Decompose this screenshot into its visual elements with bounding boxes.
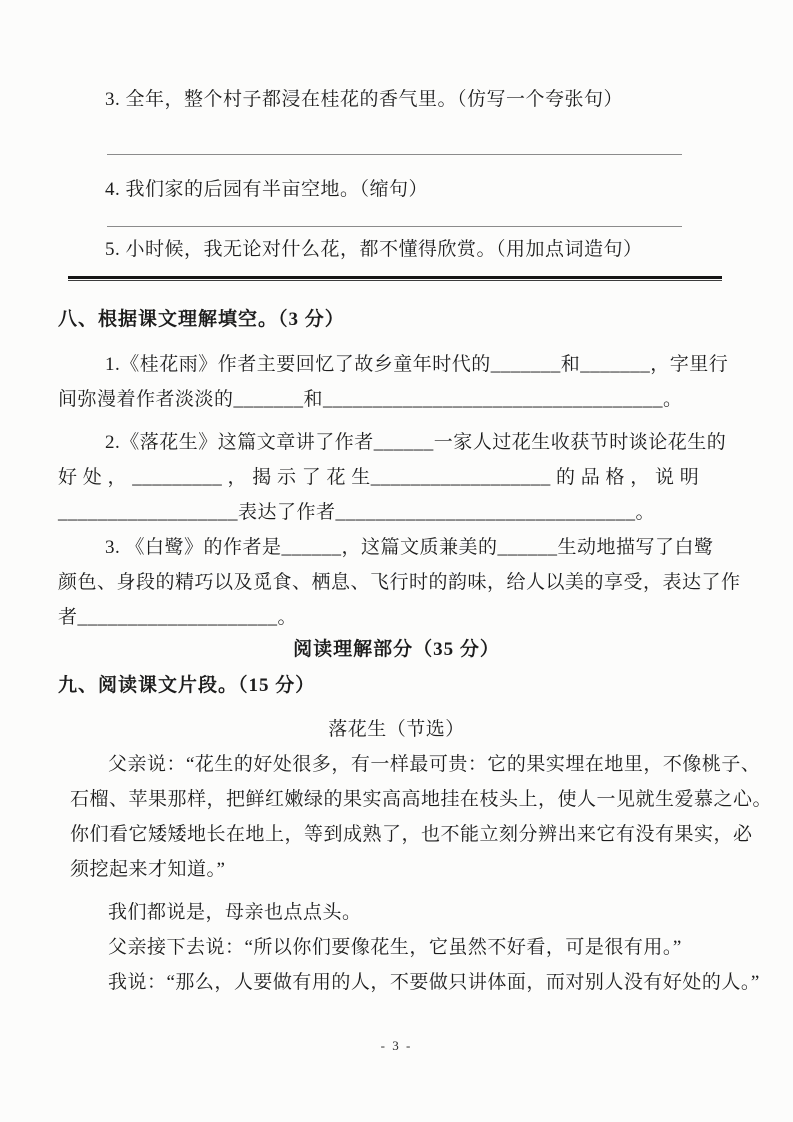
section-9-heading: 九、阅读课文片段。（15 分） xyxy=(58,674,737,698)
section-divider-rule xyxy=(68,276,722,281)
section-8-q2-line-1: 2.《落花生》这篇文章讲了作者______一家人过花生收获节时谈论花生的 xyxy=(105,431,737,455)
answer-blank-line xyxy=(107,154,682,155)
exercise-item-3: 3. 全年，整个村子都浸在桂花的香气里。（仿写一个夸张句） xyxy=(105,88,737,112)
passage-line-1: 父亲说：“花生的好处很多，有一样最可贵：它的果实埋在地里，不像桃子、 xyxy=(70,753,737,777)
section-8-heading: 八、根据课文理解填空。（3 分） xyxy=(58,308,737,332)
reading-part-header: 阅读理解部分（35 分） xyxy=(0,638,793,662)
passage-line-7: 我说：“那么，人要做有用的人，不要做只讲体面，而对别人没有好处的人。” xyxy=(70,971,737,995)
section-8-q2-line-3: __________________表达了作者_________________… xyxy=(58,501,737,525)
passage-line-4: 须挖起来才知道。” xyxy=(70,858,737,882)
passage-line-5: 我们都说是，母亲也点点头。 xyxy=(70,901,737,925)
section-8-q3-line-2: 颜色、身段的精巧以及觅食、栖息、飞行时的韵味，给人以美的享受，表达了作 xyxy=(58,571,737,595)
exercise-item-4: 4. 我们家的后园有半亩空地。（缩句） xyxy=(105,178,737,202)
passage-line-6: 父亲接下去说：“所以你们要像花生，它虽然不好看，可是很有用。” xyxy=(70,936,737,960)
passage-title: 落花生（节选） xyxy=(0,718,793,742)
page-number: - 3 - xyxy=(0,1038,793,1054)
answer-blank-line xyxy=(107,226,682,227)
section-8-q1-line-2: 间弥漫着作者淡淡的_______和_______________________… xyxy=(58,388,737,412)
section-8-q1-line-1: 1.《桂花雨》作者主要回忆了故乡童年时代的_______和_______，字里行 xyxy=(105,353,737,377)
passage-line-3: 你们看它矮矮地长在地上，等到成熟了，也不能立刻分辨出来它有没有果实，必 xyxy=(70,823,737,847)
section-8-q2-line-2: 好 处 ， _________ ， 揭 示 了 花 生_____________… xyxy=(58,466,737,490)
passage-line-2: 石榴、苹果那样，把鲜红嫩绿的果实高高地挂在枝头上，使人一见就生爱慕之心。 xyxy=(70,788,737,812)
exercise-item-5: 5. 小时候，我无论对什么花，都不懂得欣赏。（用加点词造句） xyxy=(105,238,737,262)
section-8-q3-line-1: 3. 《白鹭》的作者是______，这篇文质兼美的______生动地描写了白鹭 xyxy=(105,536,737,560)
exam-paper-page: 3. 全年，整个村子都浸在桂花的香气里。（仿写一个夸张句） 4. 我们家的后园有… xyxy=(0,0,793,1122)
section-8-q3-line-3: 者____________________。 xyxy=(58,606,737,630)
